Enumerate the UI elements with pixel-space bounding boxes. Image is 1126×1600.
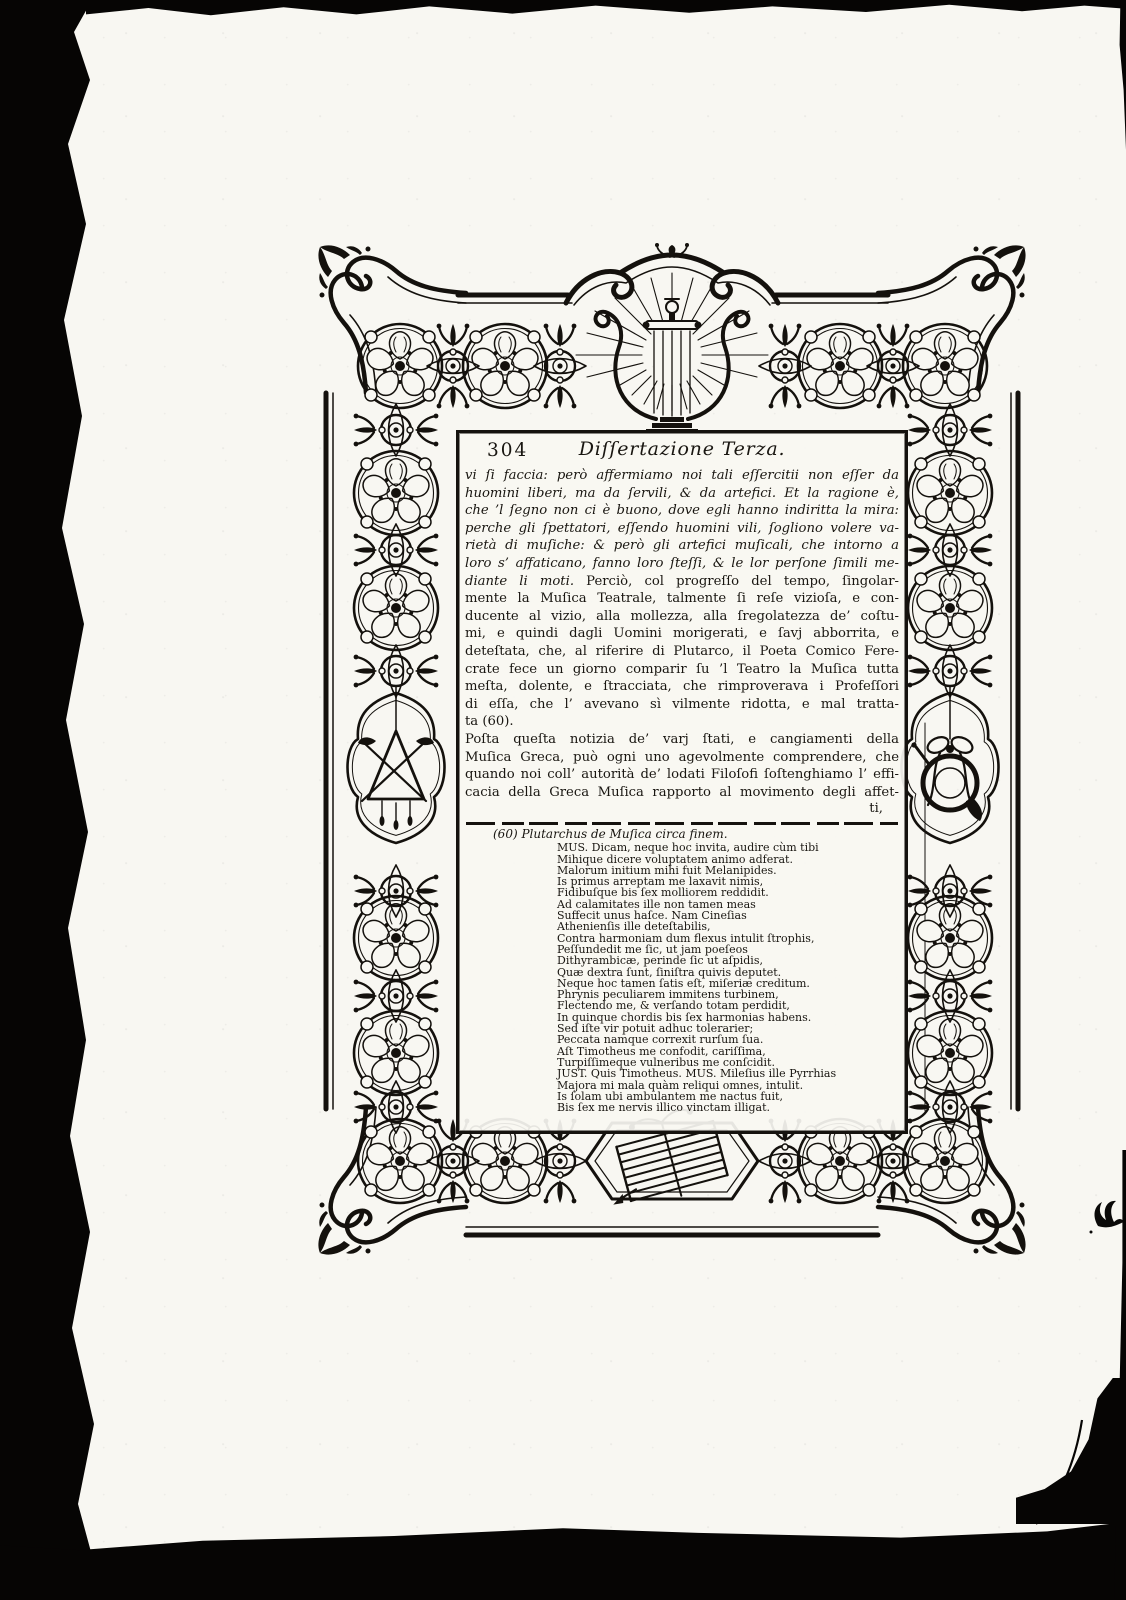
- text-block: 304 Diſſertazione Terza. vi ſi faccia: p…: [456, 430, 908, 1134]
- footnote-separator: [466, 822, 898, 825]
- text-line: deteſtata, che, al riferire di Plutarco,…: [465, 643, 899, 661]
- triangle-cartouche: [348, 687, 445, 843]
- paragraph-1: vi ſi faccia: però affermiamo noi tali e…: [465, 467, 899, 731]
- text-line: loro s’ affaticano, fanno loro ſteſſi, &…: [465, 555, 899, 573]
- text-line: crate fece un giorno comparir ſu ’l Teat…: [465, 661, 899, 679]
- page-header: 304 Diſſertazione Terza.: [465, 435, 899, 467]
- verse-line: Bis ſex me nervis illico vinctam illigat…: [557, 1102, 899, 1113]
- triangle-instrument-icon: [358, 695, 434, 830]
- text-line: diante li moti. Perciò, col progreſſo de…: [465, 573, 899, 591]
- horn-cartouche: [902, 687, 999, 843]
- text-line: Muſica Greca, può ogni uno agevolmente c…: [465, 749, 899, 767]
- text-line: mi, e quindi dagli Uomini morigerati, e …: [465, 625, 899, 643]
- text-line: cacia della Greca Muſica rapporto al mov…: [465, 784, 899, 802]
- lyre-icon: [596, 299, 749, 433]
- text-line: huomini liberi, ma da ſervili, & da arte…: [465, 485, 899, 503]
- text-line: meſta, dolente, e ſtracciata, che rimpro…: [465, 678, 899, 696]
- verse-line: Dithyrambicæ, perinde ſic ut aſpidis,: [557, 955, 899, 966]
- paragraph-2: Poſta queſta notizia de’ varj ſtati, e c…: [465, 731, 899, 801]
- footnote-verses: MUS. Dicam, neque hoc invita, audire cùm…: [465, 842, 899, 1113]
- page-number: 304: [487, 440, 528, 461]
- text-line: ducente al vizio, alla mollezza, alla ſr…: [465, 608, 899, 626]
- footnote-heading: (60) Plutarchus de Muſica circa finem.: [465, 827, 899, 842]
- verse-line: Athenienſis ille deteſtabilis,: [557, 921, 899, 932]
- book-page-scan: 304 Diſſertazione Terza. vi ſi faccia: p…: [0, 0, 1126, 1600]
- text-line: perche gli ſpettatori, eſſendo huomini v…: [465, 520, 899, 538]
- text-line: di eſſa, che l’ avevano sì vilmente rido…: [465, 696, 899, 714]
- text-line: Poſta queſta notizia de’ varj ſtati, e c…: [465, 731, 899, 749]
- text-line: rietà di muſiche: & però gli artefici mu…: [465, 537, 899, 555]
- verse-line: MUS. Dicam, neque hoc invita, audire cùm…: [557, 842, 899, 853]
- text-line: quando noi coll’ autorità de’ lodati Fil…: [465, 766, 899, 784]
- verse-line: Peccata namque correxit rurſum ſua.: [557, 1034, 899, 1045]
- running-title: Diſſertazione Terza.: [465, 435, 899, 460]
- text-line: che ’l ſegno non ci è buono, dove egli h…: [465, 502, 899, 520]
- text-line: vi ſi faccia: però affermiamo noi tali e…: [465, 467, 899, 485]
- text-line: mente la Muſica Teatrale, talmente ſi re…: [465, 590, 899, 608]
- verse-line: JUST. Quis Timotheus. MUS. Mileſius ille…: [557, 1068, 899, 1079]
- lyre-crest: [566, 243, 778, 433]
- hunting-horn-icon: [911, 695, 982, 821]
